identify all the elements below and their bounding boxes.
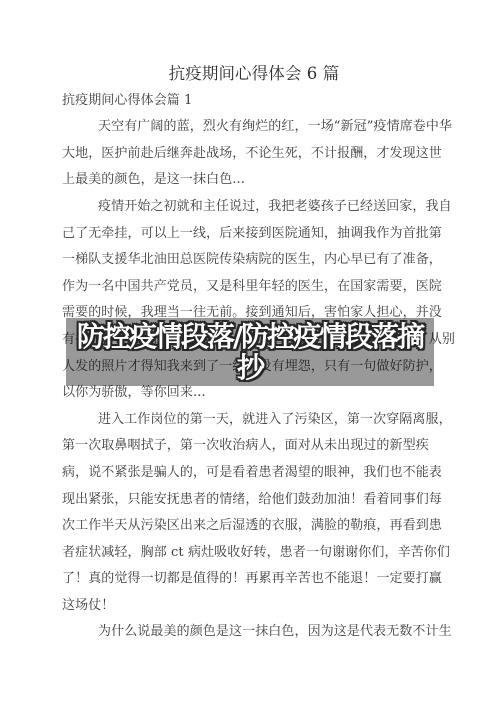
text-line: 第一次取鼻咽拭子，第一次收治病人，面对从未出现过的新型疾 — [62, 433, 446, 460]
text-line: 次工作半天从污染区出来之后湿透的衣服，满脸的勒痕，再看到患 — [62, 513, 446, 540]
watermark-band: 防控疫情段落/防控疫情段落摘 抄 — [66, 318, 434, 386]
watermark-title-line1: 防控疫情段落/防控疫情段落摘 — [66, 321, 434, 352]
text-line: 者症状减轻，胸部 ct 病灶吸收好转，患者一句谢谢你们，辛苦你们 — [62, 540, 446, 567]
document-page: 抗疫期间心得体会 6 篇 抗疫期间心得体会篇 1 天空有广阔的蓝，烈火有绚烂的红… — [0, 0, 500, 706]
doc-title: 抗疫期间心得体会 6 篇 — [62, 61, 446, 88]
text-line: 病，说不紧张是骗人的，可是看着患者渴望的眼神，我们也不能表 — [62, 460, 446, 487]
text-line: 了！真的觉得一切都是值得的！再累再辛苦也不能退！一定要打赢 — [62, 566, 446, 593]
paragraph-3: 进入工作岗位的第一天，就进入了污染区，第一次穿隔离服， 第一次取鼻咽拭子，第一次… — [62, 407, 446, 620]
text-line: 为什么说最美的颜色是这一抹白色，因为这是代表无数不计生 — [62, 619, 446, 646]
section-heading: 抗疫期间心得体会篇 1 — [62, 88, 446, 115]
text-line: 疫情开始之初就和主任说过，我把老婆孩子已经送回家，我自 — [62, 194, 446, 221]
text-line: 现出紧张，只能安抚患者的情绪，给他们鼓劲加油！看着同事们每 — [62, 487, 446, 514]
text-line: 这场仗！ — [62, 593, 446, 620]
text-line: 作为一名中国共产党员，又是科里年轻的医生，在国家需要，医院 — [62, 274, 446, 301]
text-line: 己了无牵挂，可以上一线，后来接到医院通知，抽调我作为首批第 — [62, 221, 446, 248]
paragraph-4: 为什么说最美的颜色是这一抹白色，因为这是代表无数不计生 — [62, 619, 446, 646]
watermark-title-line2: 抄 — [66, 352, 434, 383]
paragraph-1: 天空有广阔的蓝，烈火有绚烂的红，一场“新冠”疫情席卷中华 大地，医护前赴后继奔赴… — [62, 114, 446, 194]
text-line: 天空有广阔的蓝，烈火有绚烂的红，一场“新冠”疫情席卷中华 — [62, 114, 446, 141]
text-line: 进入工作岗位的第一天，就进入了污染区，第一次穿隔离服， — [62, 407, 446, 434]
text-line: 一梯队支援华北油田总医院传染病院的医生，内心早已有了准备， — [62, 247, 446, 274]
text-line: 大地，医护前赴后继奔赴战场，不论生死，不计报酬，才发现这世 — [62, 141, 446, 168]
text-line: 上最美的颜色，是这一抹白色... — [62, 167, 446, 194]
